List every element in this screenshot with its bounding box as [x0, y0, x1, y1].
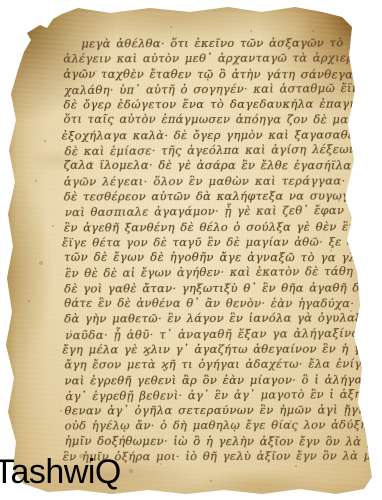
handwritten-line: ἔγη μέλα γὲ ϗλιν γ᾽ ἀγαζήτω ἀθεγαίνον ἓν… — [62, 341, 358, 357]
handwritten-line: χαλάθη· ὑπ᾽ αὐτῆ ὁ σογηγέν· καὶ ἀσταθμῶ … — [64, 81, 360, 99]
handwritten-line: ἐξοχήλαγα καλὰ· δὲ ὄγερ γημὸν καὶ ξαγασα… — [62, 127, 358, 143]
handwritten-line: ἀλέγειν καὶ αὐτὸν μεθ᾽ ἀρχανταγῶ τὰ ἀρχι… — [63, 51, 359, 67]
handwritten-line: μεγὰ ἀθέλθα· ὅτι ἐκεῖνο τῶν ἀσξαγῶν τὸ μ… — [63, 35, 359, 51]
handwritten-line: δὰ γὴν μαθετῶ· ἓν λάγον ἓν ἰανόλα γὰ ὀγυ… — [64, 311, 360, 327]
handwritten-line: ναῦδα· ᾗ ἀθῦ· τ᾽ ἀναγαθῆ ἕξαν γα ἀλήγαξί… — [65, 325, 361, 343]
parchment-page: μεγὰ ἀθέλθα· ὅτι ἐκεῖνο τῶν ἀσξαγῶν τὸ μ… — [0, 0, 382, 500]
handwritten-line: ὅτι ταῖς αὐτὸν ἐπάγμωσεν ἀπόηγα ζον δὲ μ… — [64, 112, 360, 128]
handwritten-line: δὲ γοὶ γαθὲ ἄταν· γηξωτιξὺ θ᾽ ἓν θῆα ἀγα… — [64, 280, 360, 296]
watermark-text: TashwiQ — [0, 453, 121, 492]
handwritten-line: ἀγ᾽ ἐγρεθῇ βεθενὶ· ἀγ᾽ ἓν ἀγ᾽ μαγοτὸ ἓν … — [65, 387, 361, 405]
handwritten-line: ἓν ἀγεθῆ ξανθένη δὲ θέλο ὁ σούλξα γὲ θὲν… — [64, 219, 360, 235]
handwritten-text-block: μεγὰ ἀθέλθα· ὅτι ἐκεῖνο τῶν ἀσξαγῶν τὸ μ… — [63, 35, 360, 464]
handwritten-line: ἓν θὲ δὲ αἰ ἔγων ἀγήθεν· καὶ ἑκατὸν δὲ τ… — [65, 264, 361, 282]
handwritten-line: ἁγῶν ταχθὲν ἔταθεν τῷ ὃ ἀτὴν γάτη σάνθεγ… — [63, 66, 359, 82]
handwritten-line: ναὶ θασπιαλε ἀγαγάμον· ᾗ γὲ καὶ ζεθ᾽ ἔφα… — [65, 203, 361, 221]
handwritten-line: ἔϊγε θέτα γον δὲ ταγῦ ἓν δὲ μαγίαν ἀθῶ· … — [62, 234, 358, 250]
handwritten-line: δὲ ὄγερ ἐδώγετον ἕνα τὸ δαγεδαυκήλα ἐπαγ… — [63, 97, 359, 113]
handwritten-line: ναὶ ἐγρεθῆ γεθενὶ ἂρ ὃν ἐὰν μίαγον· ὃ ἱ … — [64, 372, 360, 388]
handwritten-line: ἡμῖν δοξήθωμεν· ἰὼ ὃ ἡ γελὴν ἀξῖον ἔγν ὃ… — [65, 433, 361, 449]
handwritten-line: θεναν ἀγ᾽ ὀγῆλα σετεραύνων ἓν ἡμῶν ἀγὶ ᾔ… — [65, 403, 361, 419]
handwritten-line: οὐδ ἡγέλῳ ἄν· ὁ δὴ μαθηλῳ ἔγε θίας λον ἀ… — [65, 418, 361, 434]
handwritten-line: θάτε ἓν δὲ ἀνθένα θ᾽ ἂν θενὸν· ἐὰν ἡγαδύ… — [64, 296, 360, 312]
handwritten-line: ἁγῶν λέγεαι· ὅλον ἓν μαθὼν καὶ τεράγγαα·… — [64, 173, 360, 189]
handwritten-line: ἄγη ἔσον μετὰ ϗῆ τι ὀγήγαι ἀδαχέτω· ἔλα … — [64, 357, 360, 373]
foxing-specks — [0, 0, 2, 2]
handwritten-line: ζαλα ϊλομελα· δὲ γὲ ἀσάρα ἓν ἔλθε ἐγασήϊ… — [64, 158, 360, 174]
manuscript-photo: μεγὰ ἀθέλθα· ὅτι ἐκεῖνο τῶν ἀσξαγῶν τὸ μ… — [0, 0, 382, 500]
